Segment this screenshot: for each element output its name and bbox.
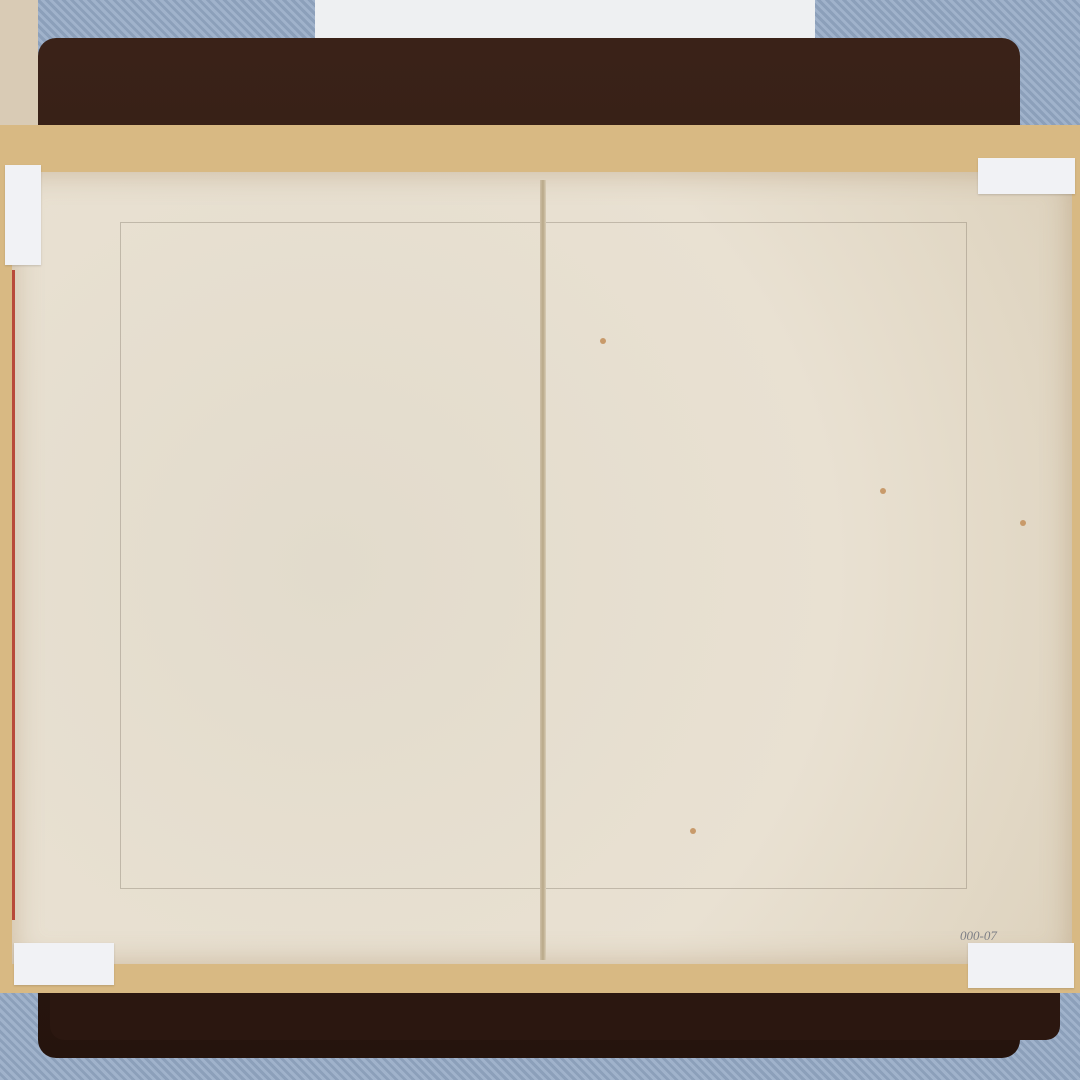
foxing-spot xyxy=(1020,520,1026,526)
tape-top-right xyxy=(978,158,1075,194)
tape-top-left xyxy=(5,165,41,265)
red-edge xyxy=(12,270,15,920)
wall xyxy=(0,0,38,125)
foxing-spot xyxy=(690,828,696,834)
table-edge xyxy=(50,990,1060,1040)
tape-bottom-right xyxy=(968,943,1074,988)
inventory-label: 000-07 xyxy=(960,928,997,944)
center-fold xyxy=(540,180,546,960)
foxing-spot xyxy=(880,488,886,494)
foxing-spot xyxy=(600,338,606,344)
tape-bottom-left xyxy=(14,943,114,985)
